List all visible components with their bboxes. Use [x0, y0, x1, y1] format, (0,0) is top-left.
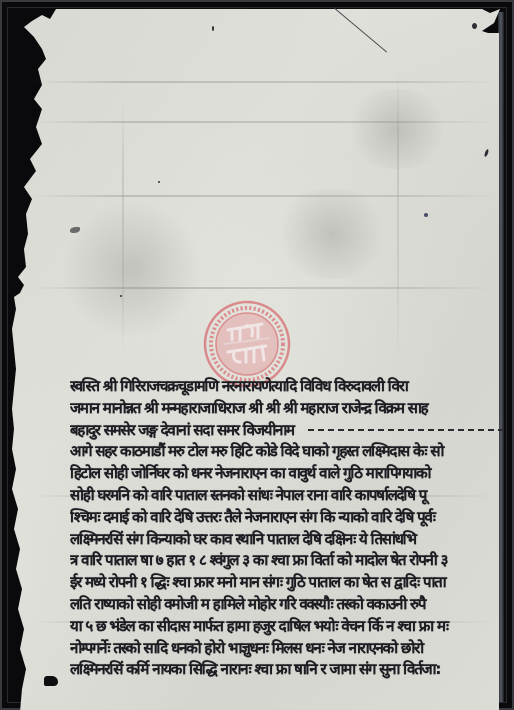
text-line-1: स्वस्ति श्री गिरिराजचक्रचूडामणि नरनारायण…: [70, 376, 508, 398]
text-line-12: या ५ छ भंडेल का सीदास मार्फत हामा हजुर द…: [70, 616, 508, 638]
text-line-2: जमान मानोन्नत श्री मन्महाराजाधिराज श्री …: [70, 398, 508, 420]
text-line-3: बहादुर समसेर जङ्ग देवानां सदा समर विजयीन…: [70, 420, 508, 442]
ink-speck: [424, 213, 428, 217]
royal-seal-icon: [202, 300, 292, 388]
paper-stain: [272, 189, 392, 279]
text-line-3-content: बहादुर समसेर जङ्ग देवानां सदा समर विजयीन…: [70, 421, 294, 439]
ink-speck: [120, 295, 122, 297]
manuscript-text: स्वस्ति श्री गिरिराजचक्रचूडामणि नरनारायण…: [70, 376, 508, 681]
text-line-8: लक्ष्मिनरसिं संग किन्याको घर काव स्थानि …: [70, 529, 508, 551]
text-line-13: नोम्पगर्नेः तस्को सादि धनको होरो भाज्ञुध…: [70, 638, 508, 660]
text-line-6: सोही घरमनि को वारि पाताल स्तनको सांधः ने…: [70, 485, 508, 507]
ink-speck: [472, 23, 477, 29]
scan-frame: स्वस्ति श्री गिरिराजचक्रचूडामणि नरनारायण…: [0, 0, 514, 710]
text-line-7: श्चिमः दमाई को वारि देषि उत्तरः तैले नेज…: [70, 507, 508, 529]
ink-speck: [158, 181, 160, 183]
fold-line: [32, 81, 496, 83]
text-line-9: त्र वारि पाताल षा ७ हात १ ८ श्वंगुल ३ का…: [70, 550, 508, 572]
text-line-10: ईर मध्ये रोपनी १ द्धिः श्चा फ्रार मनो मा…: [70, 572, 508, 594]
ink-blot: [44, 676, 58, 686]
text-line-5: हिटोल सोही जोर्निघर को धनर नेजनाराएन का …: [70, 463, 508, 485]
fold-line: [32, 195, 496, 197]
paper-stain: [342, 89, 452, 169]
ink-speck: [212, 26, 214, 31]
dashed-filler-line: [308, 429, 504, 431]
text-line-4: आगे सहर काठमाडौं मरु टोल मरु हिटि कोडे व…: [70, 441, 508, 463]
text-line-14: लक्ष्मिनरसिं कर्मि नायका सिद्धि नारानः श…: [70, 659, 508, 681]
text-line-11: लति राष्याको सोही वमोजी म हामिले मोहोर ग…: [70, 594, 508, 616]
paper-stain: [62, 199, 202, 339]
